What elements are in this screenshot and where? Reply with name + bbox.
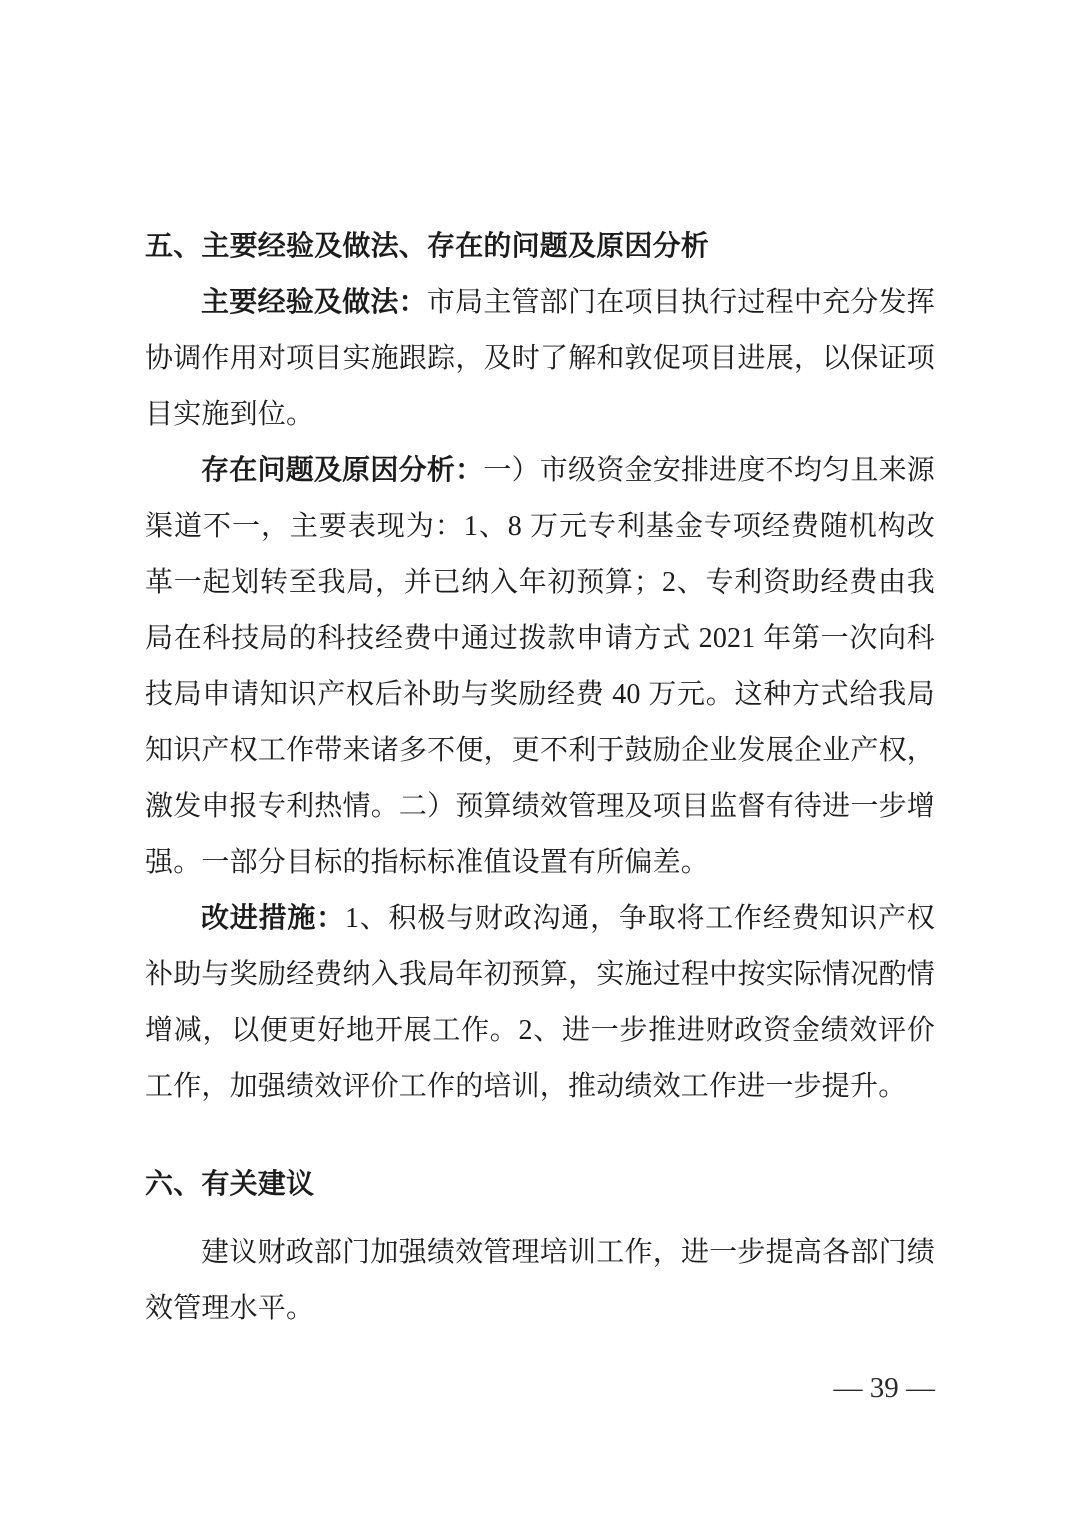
page-number: — 39 — <box>145 1360 935 1416</box>
paragraph-main-experience-label: 主要经验及做法： <box>201 287 427 318</box>
paragraph-suggestion-text: 建议财政部门加强绩效管理培训工作，进一步提高各部门绩效管理水平。 <box>145 1237 935 1324</box>
paragraph-problems-analysis-label: 存在问题及原因分析： <box>201 455 483 486</box>
section-6-heading: 六、有关建议 <box>145 1157 935 1213</box>
paragraph-main-experience: 主要经验及做法：市局主管部门在项目执行过程中充分发挥协调作用对项目实施跟踪，及时… <box>145 275 935 443</box>
section-5-heading: 五、主要经验及做法、存在的问题及原因分析 <box>145 219 935 275</box>
document-body: 五、主要经验及做法、存在的问题及原因分析 主要经验及做法：市局主管部门在项目执行… <box>145 219 935 1337</box>
paragraph-problems-analysis: 存在问题及原因分析：一）市级资金安排进度不均匀且来源渠道不一，主要表现为：1、8… <box>145 443 935 891</box>
paragraph-problems-analysis-text: 一）市级资金安排进度不均匀且来源渠道不一，主要表现为：1、8 万元专利基金专项经… <box>145 455 935 878</box>
document-page: 五、主要经验及做法、存在的问题及原因分析 主要经验及做法：市局主管部门在项目执行… <box>0 0 1074 1520</box>
paragraph-improvement-measures: 改进措施：1、积极与财政沟通，争取将工作经费知识产权补助与奖励经费纳入我局年初预… <box>145 891 935 1115</box>
paragraph-suggestion: 建议财政部门加强绩效管理培训工作，进一步提高各部门绩效管理水平。 <box>145 1225 935 1337</box>
paragraph-improvement-measures-label: 改进措施： <box>201 903 345 934</box>
